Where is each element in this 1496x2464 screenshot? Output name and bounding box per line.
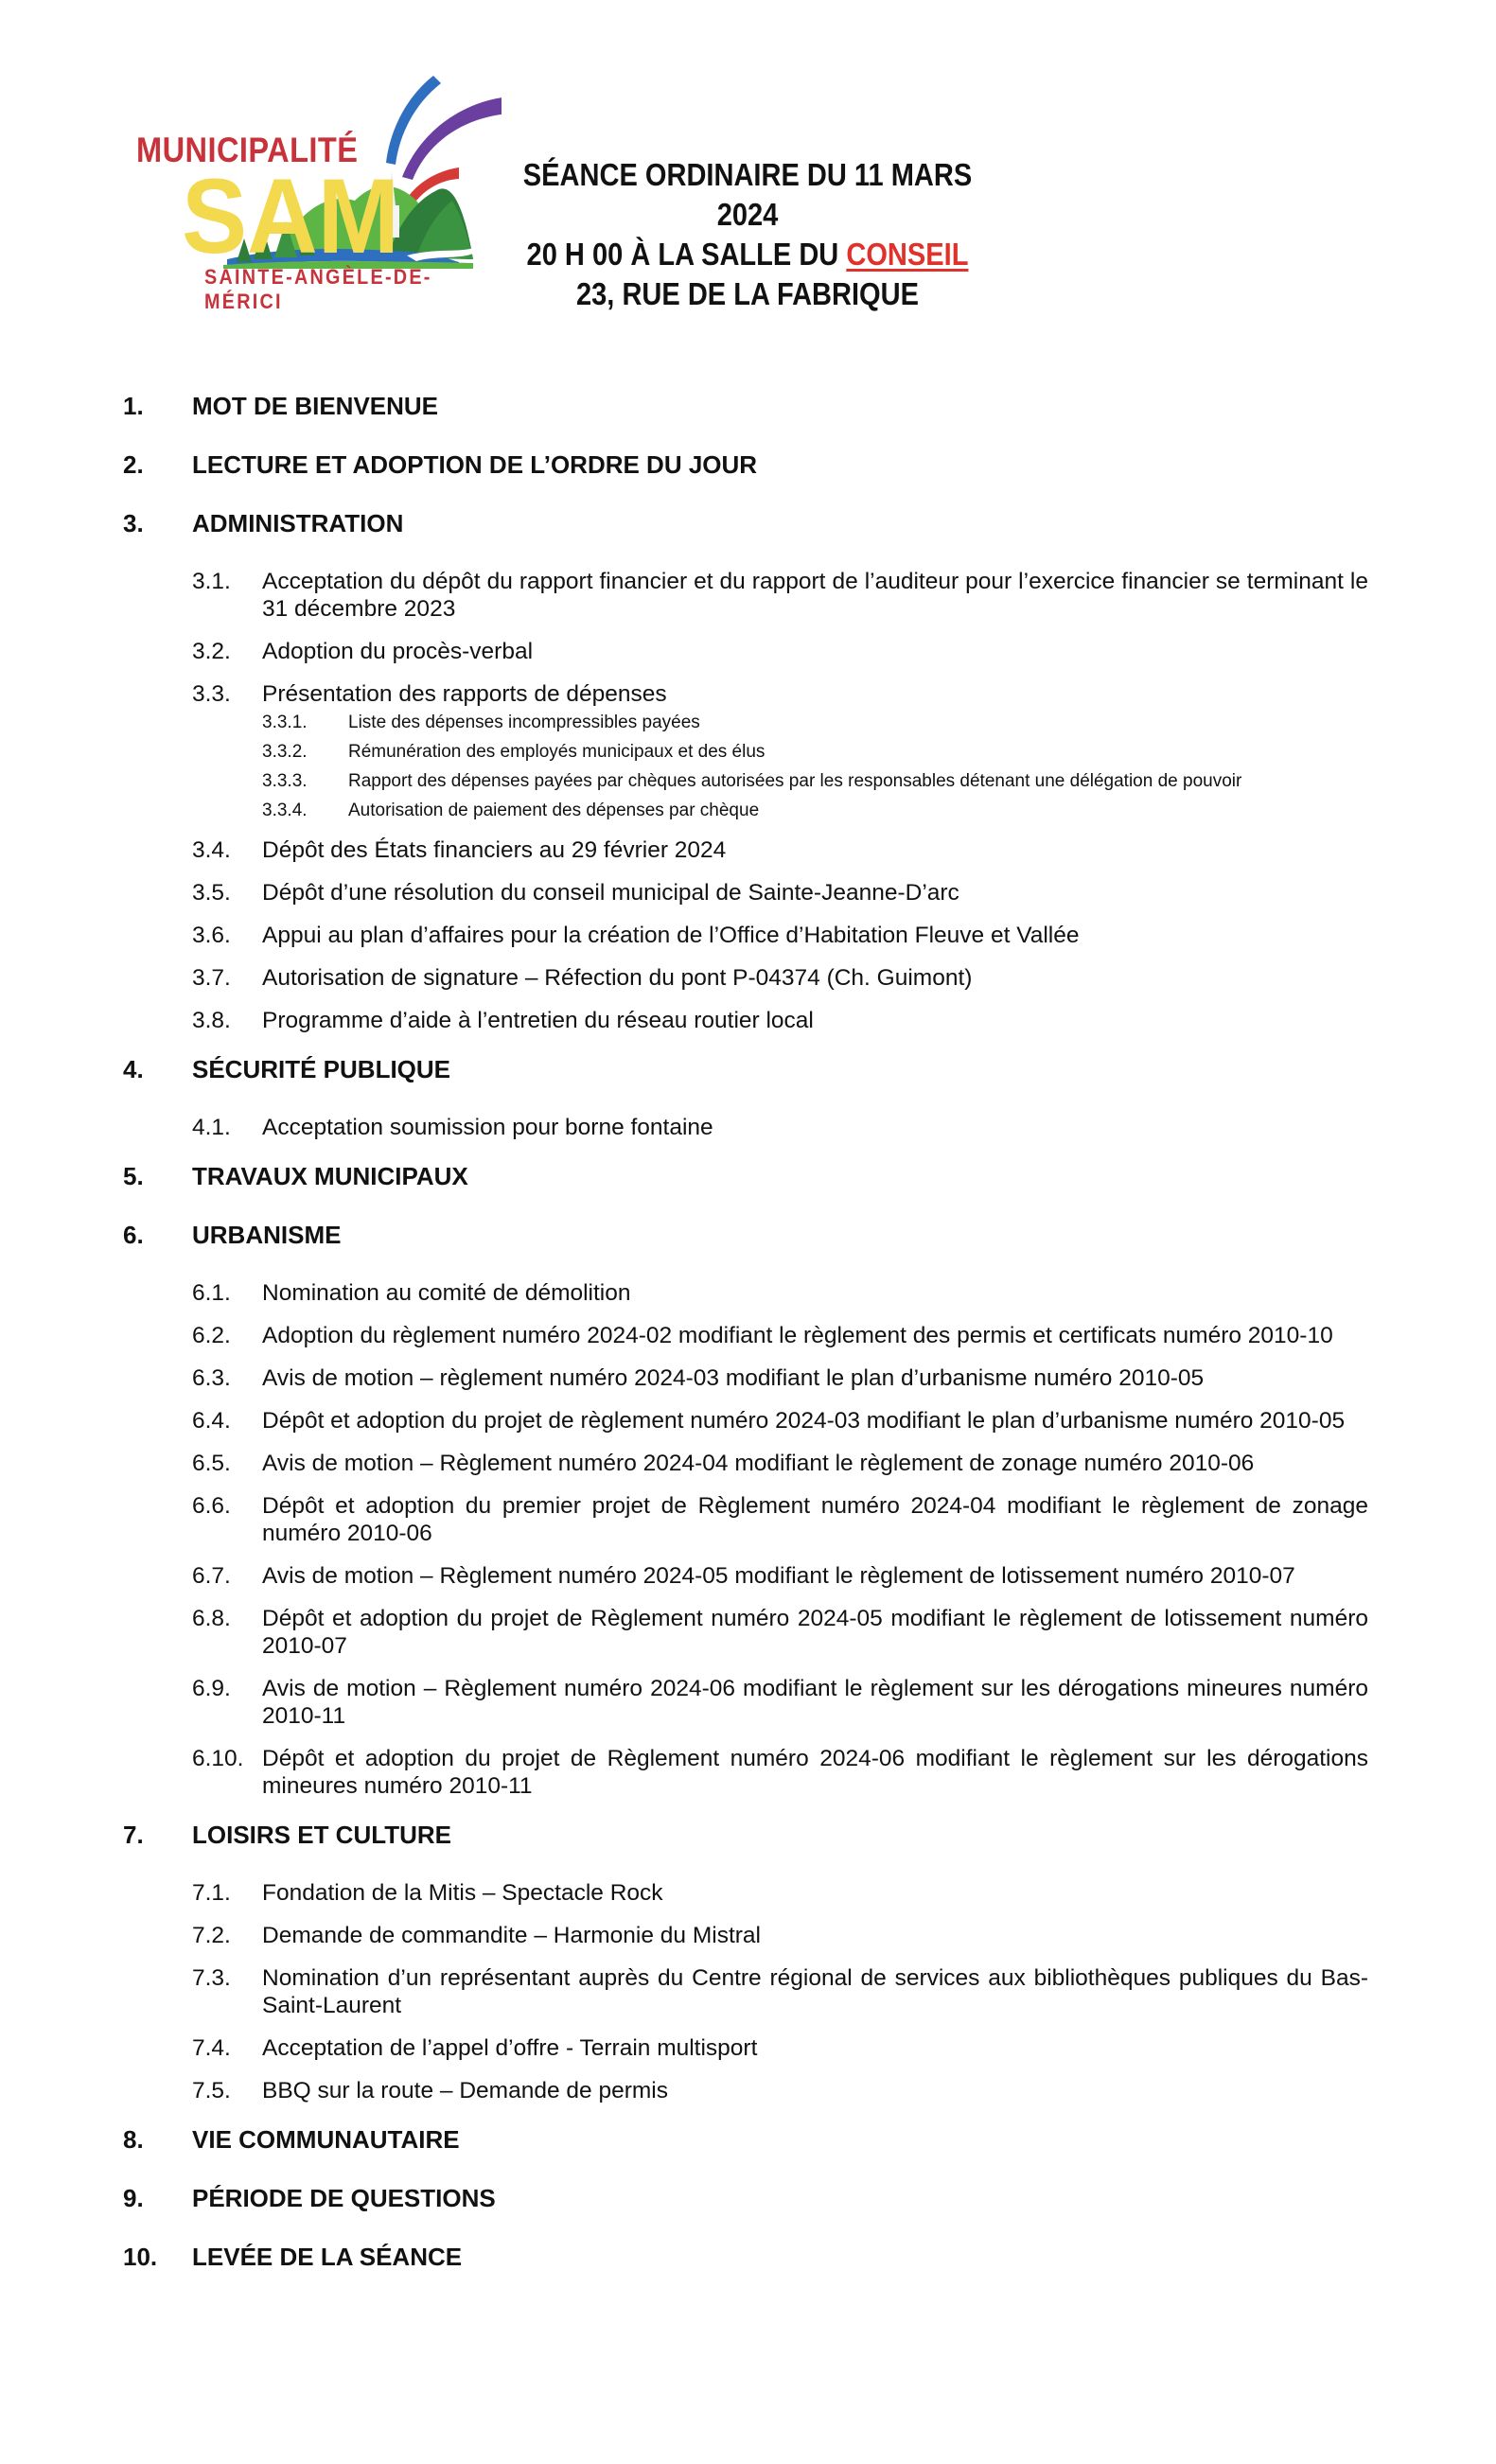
item-number: 4.1. [192,1114,231,1141]
section-number: 3. [123,509,144,537]
item-text: Acceptation de l’appel d’offre - Terrain… [262,2034,1368,2062]
agenda-item: 6.10.Dépôt et adoption du projet de Règl… [0,1745,1496,1815]
item-text: Nomination au comité de démolition [262,1279,1368,1307]
agenda-section: 7.LOISIRS ET CULTURE7.1.Fondation de la … [0,1821,1496,2125]
agenda-item: 4.1.Acceptation soumission pour borne fo… [0,1114,1496,1156]
section-number: 6. [123,1221,144,1249]
item-text: Dépôt et adoption du projet de Règlement… [262,1605,1368,1660]
section-heading: 7.LOISIRS ET CULTURE [0,1821,1496,1879]
section-heading: 4.SÉCURITÉ PUBLIQUE [0,1055,1496,1114]
item-text: Dépôt d’une résolution du conseil munici… [262,879,1368,906]
section-label: LEVÉE DE LA SÉANCE [192,2243,462,2271]
agenda-section: 9.PÉRIODE DE QUESTIONS [0,2184,1496,2243]
section-label: LOISIRS ET CULTURE [192,1821,451,1849]
item-text: Autorisation de signature – Réfection du… [262,964,1368,992]
svg-text:SAM: SAM [182,157,399,275]
section-heading: 2.LECTURE ET ADOPTION DE L’ORDRE DU JOUR [0,450,1496,509]
agenda-item: 3.5.Dépôt d’une résolution du conseil mu… [0,879,1496,922]
agenda-item: 7.5.BBQ sur la route – Demande de permis [0,2077,1496,2120]
item-text: Programme d’aide à l’entretien du réseau… [262,1007,1368,1034]
item-number: 6.8. [192,1605,231,1632]
section-heading: 10.LEVÉE DE LA SÉANCE [0,2243,1496,2301]
subitem-number: 3.3.4. [262,800,308,822]
agenda-item: 6.9.Avis de motion – Règlement numéro 20… [0,1675,1496,1745]
item-text: Dépôt et adoption du premier projet de R… [262,1492,1368,1547]
item-number: 3.8. [192,1007,231,1034]
agenda-section: 5.TRAVAUX MUNICIPAUX [0,1162,1496,1221]
section-heading: 5.TRAVAUX MUNICIPAUX [0,1162,1496,1221]
agenda-item: 3.1.Acceptation du dépôt du rapport fina… [0,568,1496,638]
section-number: 10. [123,2243,157,2271]
item-text: Nomination d’un représentant auprès du C… [262,1964,1368,2019]
meeting-title: SÉANCE ORDINAIRE DU 11 MARS 2024 [489,155,1006,235]
agenda-item: 6.8.Dépôt et adoption du projet de Règle… [0,1605,1496,1675]
conseil-accent-text: CONSEIL [846,237,968,272]
agenda-subitem: 3.3.1.Liste des dépenses incompressibles… [0,712,1496,741]
agenda-item: 7.2.Demande de commandite – Harmonie du … [0,1922,1496,1964]
subitem-text: Liste des dépenses incompressibles payée… [348,712,700,734]
municipality-logo: SAM MUNICIPALITÉ SAINTE-ANGÈLE-DE-MÉRICI [132,59,502,295]
item-text: Dépôt et adoption du projet de Règlement… [262,1745,1368,1800]
subitem-number: 3.3.1. [262,712,308,734]
section-label: VIE COMMUNAUTAIRE [192,2125,460,2154]
agenda-subitem: 3.3.2.Rémunération des employés municipa… [0,741,1496,770]
agenda-item: 3.6.Appui au plan d’affaires pour la cré… [0,922,1496,964]
section-number: 5. [123,1162,144,1190]
section-number: 8. [123,2125,144,2154]
agenda-item: 3.2.Adoption du procès-verbal [0,638,1496,680]
agenda-section: 10.LEVÉE DE LA SÉANCE [0,2243,1496,2301]
section-number: 4. [123,1055,144,1083]
logo-municipality-name: SAINTE-ANGÈLE-DE-MÉRICI [204,265,472,314]
section-label: URBANISME [192,1221,341,1249]
agenda-subitem: 3.3.4.Autorisation de paiement des dépen… [0,800,1496,829]
item-text: Avis de motion – Règlement numéro 2024-0… [262,1675,1368,1730]
item-number: 7.4. [192,2034,231,2062]
item-number: 7.5. [192,2077,231,2104]
section-heading: 9.PÉRIODE DE QUESTIONS [0,2184,1496,2243]
subitem-number: 3.3.2. [262,741,308,764]
item-number: 6.6. [192,1492,231,1520]
item-text: Fondation de la Mitis – Spectacle Rock [262,1879,1368,1907]
meeting-address: 23, RUE DE LA FABRIQUE [489,274,1006,314]
item-number: 6.10. [192,1745,244,1772]
item-number: 6.3. [192,1364,231,1392]
item-text: Présentation des rapports de dépenses [262,680,1368,708]
agenda-item: 3.4.Dépôt des États financiers au 29 fév… [0,836,1496,879]
agenda-item: 6.2.Adoption du règlement numéro 2024-02… [0,1322,1496,1364]
item-number: 6.7. [192,1562,231,1590]
item-text: Avis de motion – règlement numéro 2024-0… [262,1364,1368,1392]
item-number: 3.7. [192,964,231,992]
subitem-number: 3.3.3. [262,770,308,793]
item-text: Adoption du règlement numéro 2024-02 mod… [262,1322,1368,1349]
item-number: 3.1. [192,568,231,595]
agenda-item: 7.3.Nomination d’un représentant auprès … [0,1964,1496,2034]
agenda-section: 2.LECTURE ET ADOPTION DE L’ORDRE DU JOUR [0,450,1496,509]
item-text: Avis de motion – Règlement numéro 2024-0… [262,1450,1368,1477]
agenda-item: 3.7.Autorisation de signature – Réfectio… [0,964,1496,1007]
agenda-item: 6.1.Nomination au comité de démolition [0,1279,1496,1322]
meeting-time-location: 20 H 00 À LA SALLE DU CONSEIL [489,235,1006,274]
section-heading: 6.URBANISME [0,1221,1496,1279]
item-number: 6.4. [192,1407,231,1434]
item-number: 7.1. [192,1879,231,1907]
subitem-text: Autorisation de paiement des dépenses pa… [348,800,759,822]
section-label: TRAVAUX MUNICIPAUX [192,1162,468,1190]
item-text: Demande de commandite – Harmonie du Mist… [262,1922,1368,1949]
section-heading: 1.MOT DE BIENVENUE [0,392,1496,450]
item-text: BBQ sur la route – Demande de permis [262,2077,1368,2104]
section-label: SÉCURITÉ PUBLIQUE [192,1055,450,1083]
section-label: ADMINISTRATION [192,509,403,537]
agenda-item: 6.6.Dépôt et adoption du premier projet … [0,1492,1496,1562]
item-number: 3.4. [192,836,231,864]
agenda-list: 1.MOT DE BIENVENUE2.LECTURE ET ADOPTION … [0,392,1496,2301]
section-heading: 8.VIE COMMUNAUTAIRE [0,2125,1496,2184]
item-text: Acceptation du dépôt du rapport financie… [262,568,1368,623]
subitem-text: Rapport des dépenses payées par chèques … [348,770,1241,793]
item-number: 6.9. [192,1675,231,1702]
item-text: Acceptation soumission pour borne fontai… [262,1114,1368,1141]
item-text: Adoption du procès-verbal [262,638,1368,665]
item-number: 3.6. [192,922,231,949]
agenda-section: 1.MOT DE BIENVENUE [0,392,1496,450]
agenda-item: 3.8.Programme d’aide à l’entretien du ré… [0,1007,1496,1049]
section-heading: 3.ADMINISTRATION [0,509,1496,568]
subitem-list: 3.3.1.Liste des dépenses incompressibles… [0,712,1496,829]
item-text: Dépôt des États financiers au 29 février… [262,836,1368,864]
logo-municipalite-text: MUNICIPALITÉ [136,131,358,170]
section-label: LECTURE ET ADOPTION DE L’ORDRE DU JOUR [192,450,757,479]
section-number: 1. [123,392,144,420]
section-number: 7. [123,1821,144,1849]
item-text: Appui au plan d’affaires pour la créatio… [262,922,1368,949]
agenda-section: 3.ADMINISTRATION3.1.Acceptation du dépôt… [0,509,1496,1055]
agenda-item: 3.3.Présentation des rapports de dépense… [0,680,1496,712]
item-text: Avis de motion – Règlement numéro 2024-0… [262,1562,1368,1590]
item-number: 6.5. [192,1450,231,1477]
agenda-section: 8.VIE COMMUNAUTAIRE [0,2125,1496,2184]
item-number: 3.5. [192,879,231,906]
item-text: Dépôt et adoption du projet de règlement… [262,1407,1368,1434]
item-number: 6.2. [192,1322,231,1349]
item-number: 7.2. [192,1922,231,1949]
logo-graphic-icon: SAM [132,59,502,295]
agenda-item: 6.7.Avis de motion – Règlement numéro 20… [0,1562,1496,1605]
item-number: 3.2. [192,638,231,665]
item-number: 3.3. [192,680,231,708]
meeting-time-text: 20 H 00 À LA SALLE DU [527,237,847,272]
subitem-text: Rémunération des employés municipaux et … [348,741,765,764]
spacer [0,829,1496,836]
agenda-section: 6.URBANISME6.1.Nomination au comité de d… [0,1221,1496,1821]
agenda-item: 7.1.Fondation de la Mitis – Spectacle Ro… [0,1879,1496,1922]
agenda-item: 6.4.Dépôt et adoption du projet de règle… [0,1407,1496,1450]
item-number: 7.3. [192,1964,231,1992]
agenda-item: 6.5.Avis de motion – Règlement numéro 20… [0,1450,1496,1492]
agenda-item: 7.4.Acceptation de l’appel d’offre - Ter… [0,2034,1496,2077]
agenda-section: 4.SÉCURITÉ PUBLIQUE4.1.Acceptation soumi… [0,1055,1496,1162]
item-number: 6.1. [192,1279,231,1307]
section-label: PÉRIODE DE QUESTIONS [192,2184,496,2212]
agenda-item: 6.3.Avis de motion – règlement numéro 20… [0,1364,1496,1407]
section-number: 9. [123,2184,144,2212]
section-number: 2. [123,450,144,479]
meeting-header: SÉANCE ORDINAIRE DU 11 MARS 2024 20 H 00… [489,155,1006,314]
agenda-subitem: 3.3.3.Rapport des dépenses payées par ch… [0,770,1496,800]
section-label: MOT DE BIENVENUE [192,392,438,420]
